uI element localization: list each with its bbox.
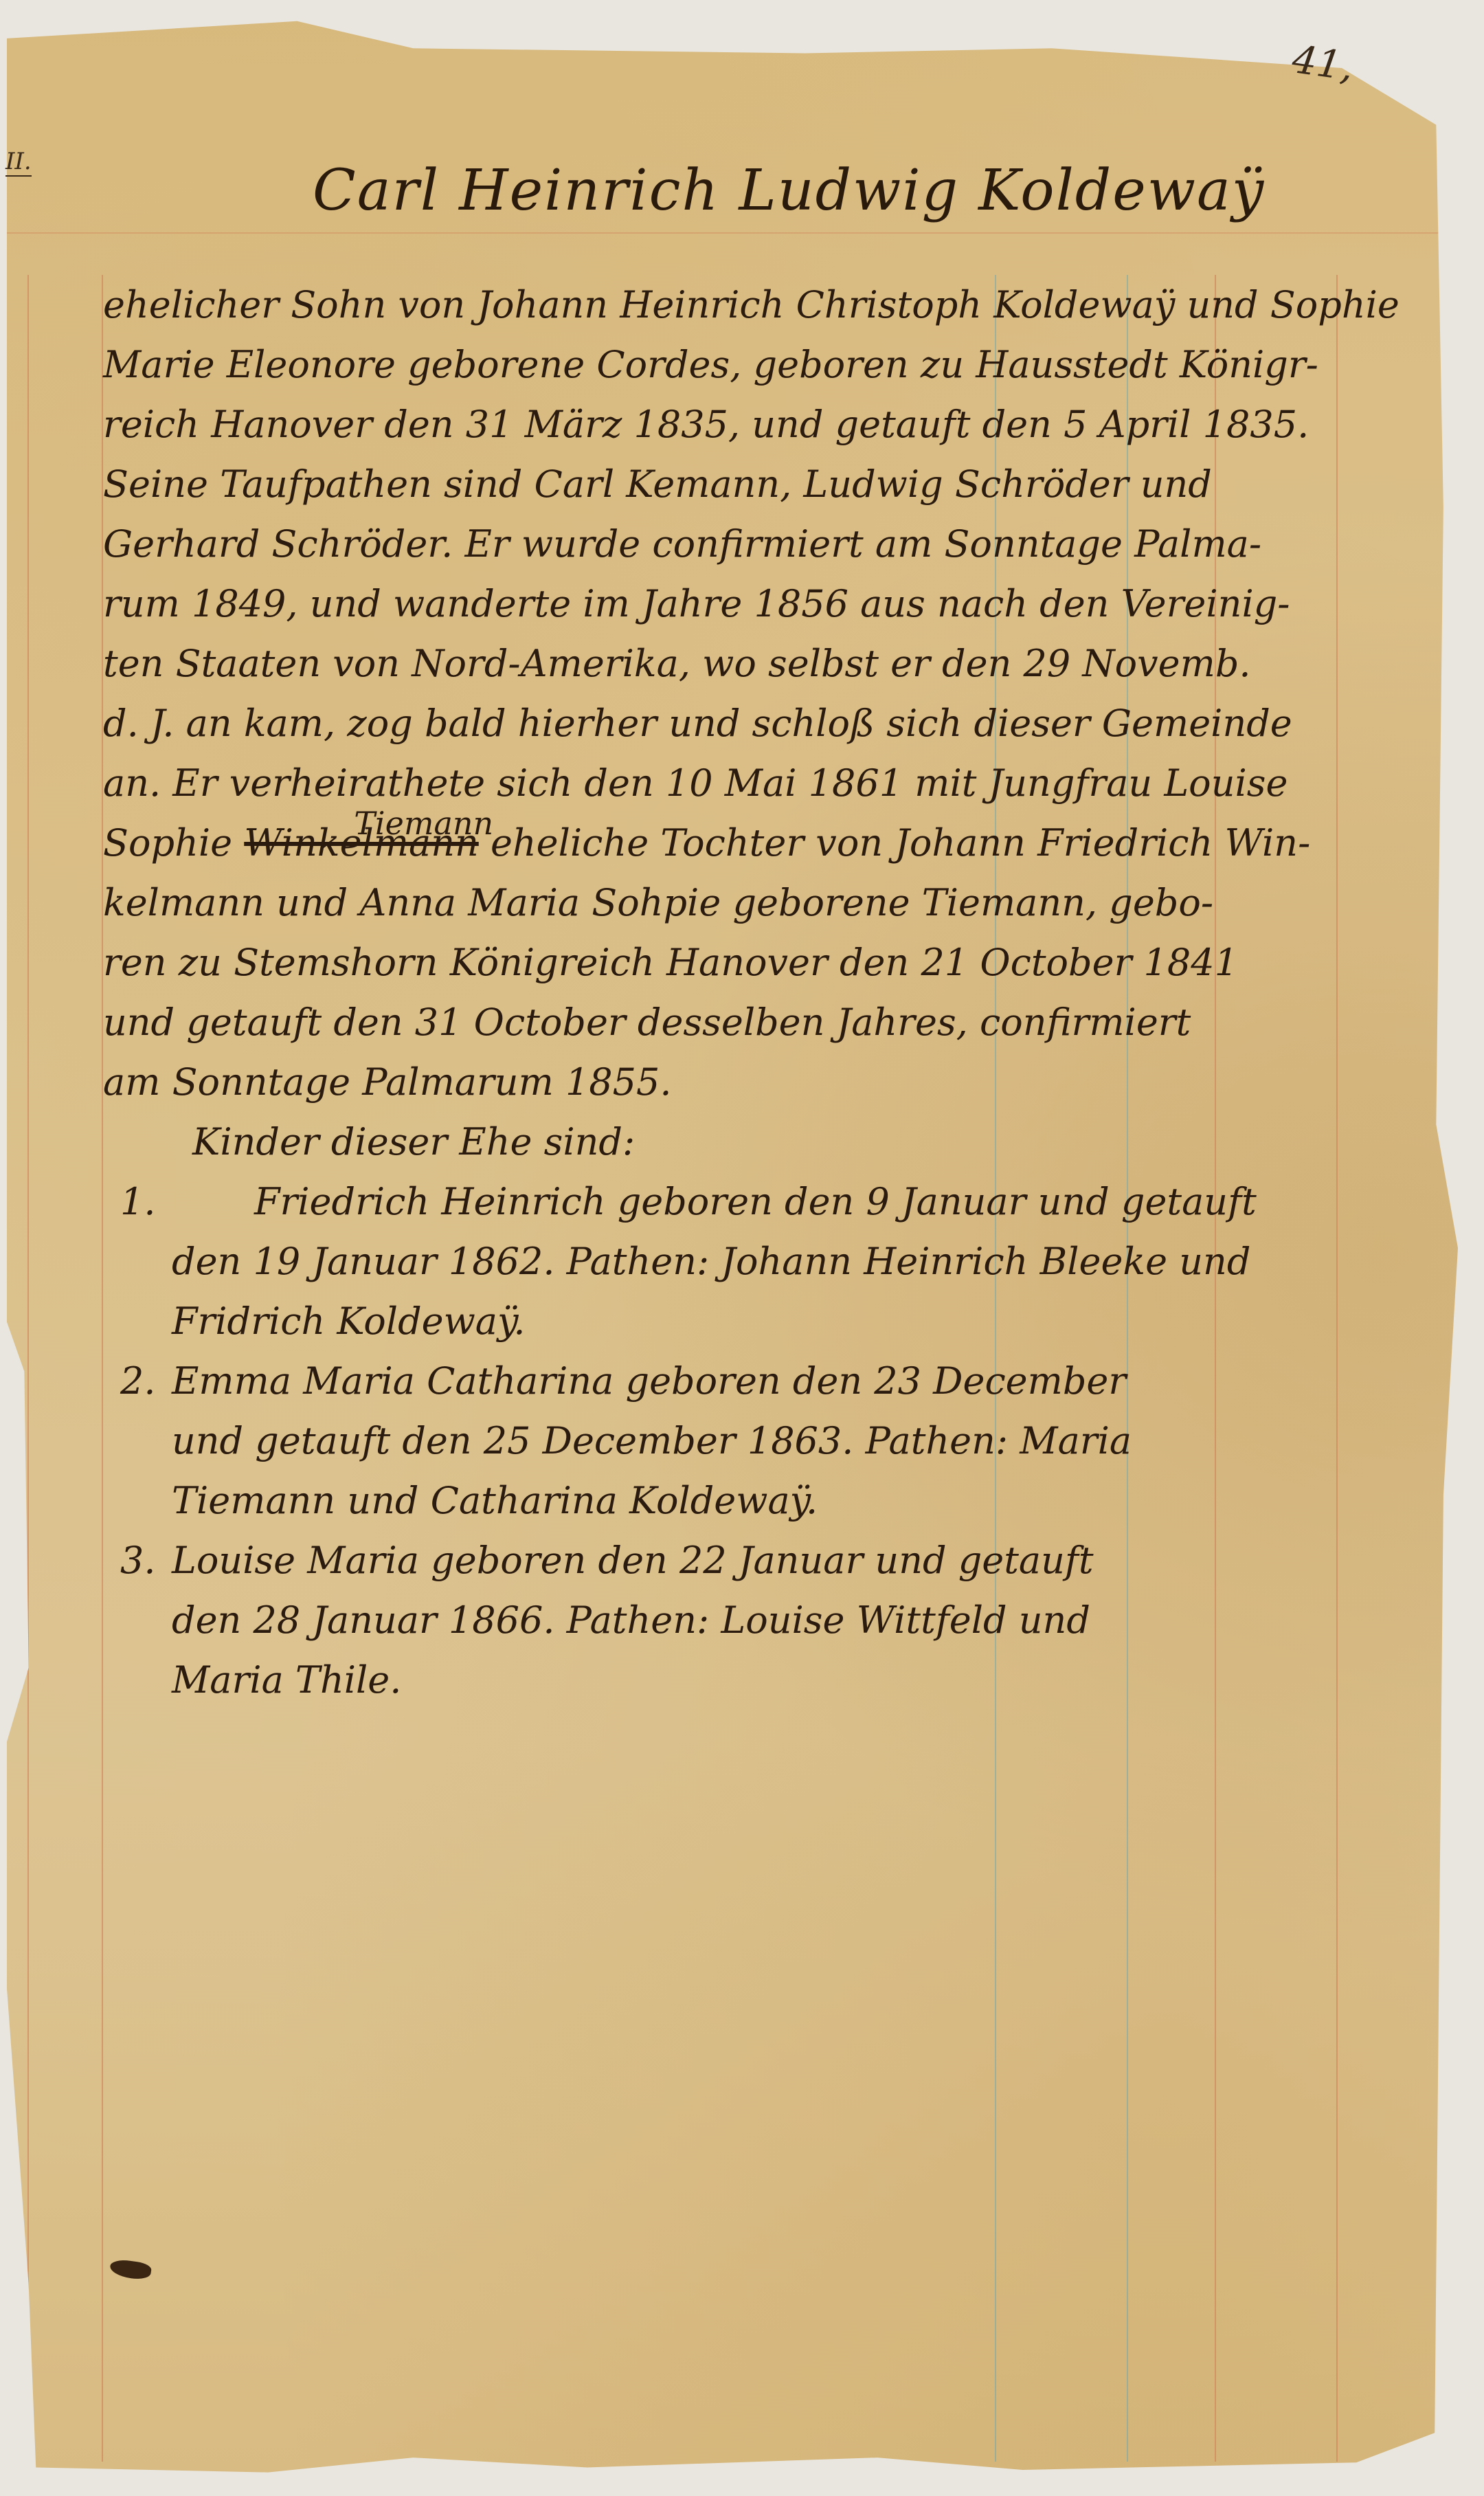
text-line: Marie Eleonore geborene Cordes, geboren … [103, 335, 1360, 394]
text-line: am Sonntage Palmarum 1855. [103, 1052, 1360, 1112]
child-entry-2: 2. Emma Maria Catharina geboren den 23 D… [103, 1351, 1360, 1530]
child-line: Fridrich Koldewaÿ. [172, 1291, 1360, 1351]
child-line: 3. Louise Maria geboren den 22 Januar un… [172, 1530, 1360, 1590]
child-number: 2. [120, 1351, 168, 1411]
text-line: Seine Taufpathen sind Carl Kemann, Ludwi… [103, 454, 1360, 514]
text-line: reich Hanover den 31 März 1835, und geta… [103, 394, 1360, 454]
child-line: 1. Friedrich Heinrich geboren den 9 Janu… [172, 1172, 1360, 1232]
marriage-line-rest: eheliche Tochter von Johann Friedrich Wi… [491, 821, 1310, 865]
text-line: ten Staaten von Nord-Amerika, wo selbst … [103, 634, 1360, 693]
text-line: Gerhard Schröder. Er wurde confirmiert a… [103, 514, 1360, 574]
text-line: kelmann und Anna Maria Sohpie geborene T… [103, 873, 1360, 933]
text-line: ren zu Stemshorn Königreich Hanover den … [103, 933, 1360, 992]
entry-title: Carl Heinrich Ludwig Koldewaÿ [313, 158, 1265, 223]
child-line: und getauft den 25 December 1863. Pathen… [172, 1411, 1360, 1471]
children-heading: Kinder dieser Ehe sind: [103, 1112, 1360, 1172]
child-number: 1. [120, 1172, 168, 1232]
inserted-correction: Tiemann [354, 794, 493, 854]
child-line: Maria Thile. [172, 1650, 1360, 1710]
child-line: den 28 Januar 1866. Pathen: Louise Wittf… [172, 1590, 1360, 1650]
text-line: d. J. an kam, zog bald hierher und schlo… [103, 693, 1360, 753]
struck-surname: WinkelmannTiemann [244, 821, 479, 865]
entry-body: ehelicher Sohn von Johann Heinrich Chris… [103, 275, 1360, 1710]
header-rule [7, 232, 1458, 234]
child-entry-3: 3. Louise Maria geboren den 22 Januar un… [103, 1530, 1360, 1710]
child-line: Tiemann und Catharina Koldewaÿ. [172, 1471, 1360, 1530]
child-text: Emma Maria Catharina geboren den 23 Dece… [172, 1359, 1126, 1403]
child-text: Louise Maria geboren den 22 Januar und g… [172, 1539, 1094, 1582]
child-line: 2. Emma Maria Catharina geboren den 23 D… [172, 1351, 1360, 1411]
text-line: rum 1849, und wanderte im Jahre 1856 aus… [103, 574, 1360, 634]
text-line: und getauft den 31 October desselben Jah… [103, 992, 1360, 1052]
text-line: an. Er verheirathete sich den 10 Mai 186… [103, 753, 1360, 813]
child-text: Friedrich Heinrich geboren den 9 Januar … [254, 1180, 1257, 1223]
ink-blot [109, 2258, 153, 2281]
child-line: den 19 Januar 1862. Pathen: Johann Heinr… [172, 1232, 1360, 1291]
child-entry-1: 1. Friedrich Heinrich geboren den 9 Janu… [103, 1172, 1360, 1351]
margin-mark: II. [5, 148, 32, 177]
margin-rule-outer [27, 275, 29, 2462]
text-line: ehelicher Sohn von Johann Heinrich Chris… [103, 275, 1360, 335]
page-number: 41, [1290, 37, 1356, 90]
child-number: 3. [120, 1530, 168, 1590]
bride-first-name: Sophie [103, 821, 232, 865]
marriage-line: Sophie WinkelmannTiemann eheliche Tochte… [103, 813, 1360, 873]
